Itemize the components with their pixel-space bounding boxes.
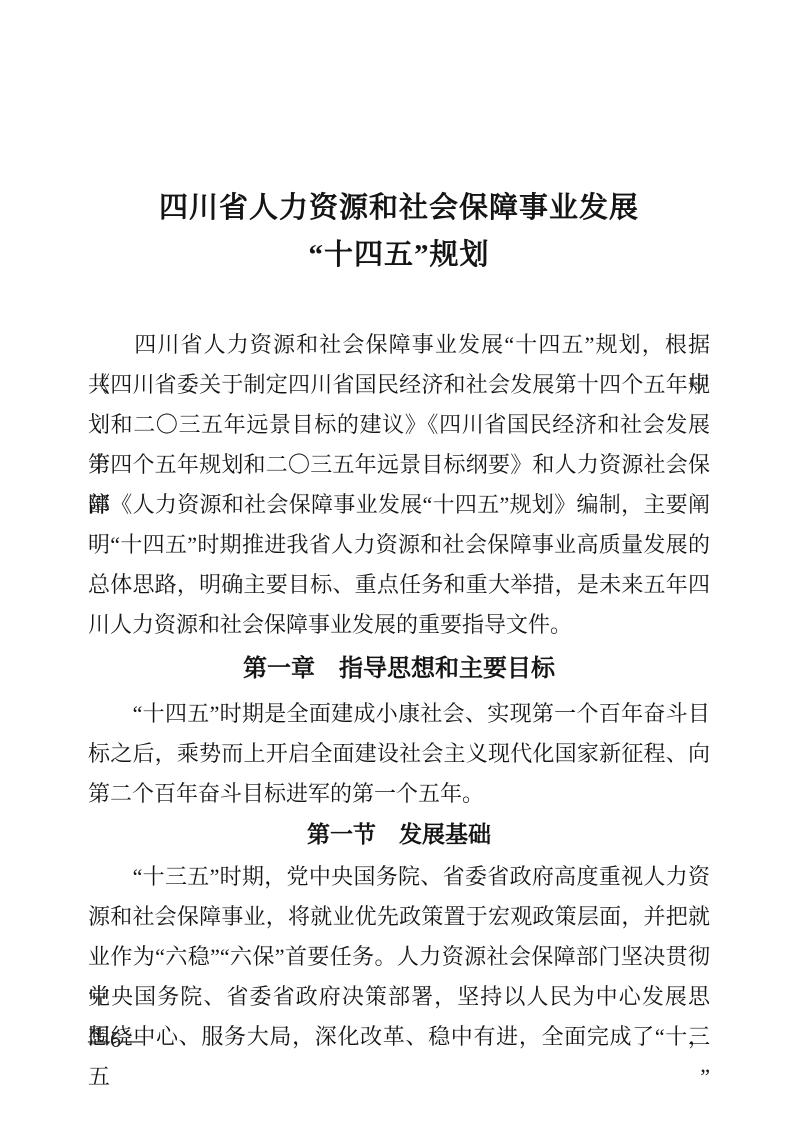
text-line: 业作为“六稳”“六保”首要任务。人力资源社会保障部门坚决贯彻党 — [88, 937, 710, 977]
section-1-heading: 第一节 发展基础 — [88, 814, 710, 854]
page-number: —6— — [88, 1026, 143, 1054]
text-line: 标之后，乘势而上开启全面建设社会主义现代化国家新征程、向 — [88, 734, 710, 774]
document-page: 四川省人力资源和社会保障事业发展 “十四五”规划 四川省人力资源和社会保障事业发… — [0, 0, 793, 1122]
text-line: 四川省人力资源和社会保障事业发展“十四五”规划，根据《中 — [88, 325, 710, 365]
paragraph-intro: 四川省人力资源和社会保障事业发展“十四五”规划，根据《中共四川省委关于制定四川省… — [88, 325, 710, 645]
text-line: 十四个五年规划和二〇三五年远景目标纲要》和人力资源社会保障 — [88, 445, 710, 485]
text-line: 划和二〇三五年远景目标的建议》《四川省国民经济和社会发展第 — [88, 405, 710, 445]
text-line: 围绕中心、服务大局，深化改革、稳中有进，全面完成了“十三五” — [88, 1017, 710, 1057]
text-line: 总体思路，明确主要目标、重点任务和重大举措，是未来五年四 — [88, 565, 710, 605]
document-title-line-2: “十四五”规划 — [88, 232, 710, 279]
paragraph-section1-body: “十三五”时期，党中央国务院、省委省政府高度重视人力资源和社会保障事业，将就业优… — [88, 857, 710, 1057]
text-line: 源和社会保障事业，将就业优先政策置于宏观政策层面，并把就 — [88, 897, 710, 937]
text-line: 中央国务院、省委省政府决策部署，坚持以人民为中心发展思想， — [88, 977, 710, 1017]
document-title: 四川省人力资源和社会保障事业发展 “十四五”规划 — [88, 19, 710, 279]
text-line: “十四五”时期是全面建成小康社会、实现第一个百年奋斗目 — [88, 694, 710, 734]
document-title-line-1: 四川省人力资源和社会保障事业发展 — [88, 185, 710, 232]
text-line: “十三五”时期，党中央国务院、省委省政府高度重视人力资 — [88, 857, 710, 897]
paragraph-chapter1-intro: “十四五”时期是全面建成小康社会、实现第一个百年奋斗目标之后，乘势而上开启全面建… — [88, 694, 710, 814]
page-content: 四川省人力资源和社会保障事业发展 “十四五”规划 四川省人力资源和社会保障事业发… — [88, 0, 710, 1057]
text-line: 共四川省委关于制定四川省国民经济和社会发展第十四个五年规 — [88, 365, 710, 405]
chapter-1-heading: 第一章 指导思想和主要目标 — [88, 649, 710, 689]
text-line: 部《人力资源和社会保障事业发展“十四五”规划》编制，主要阐 — [88, 485, 710, 525]
text-line: 明“十四五”时期推进我省人力资源和社会保障事业高质量发展的 — [88, 525, 710, 565]
text-line: 川人力资源和社会保障事业发展的重要指导文件。 — [88, 605, 710, 645]
text-line: 第二个百年奋斗目标进军的第一个五年。 — [88, 774, 710, 814]
